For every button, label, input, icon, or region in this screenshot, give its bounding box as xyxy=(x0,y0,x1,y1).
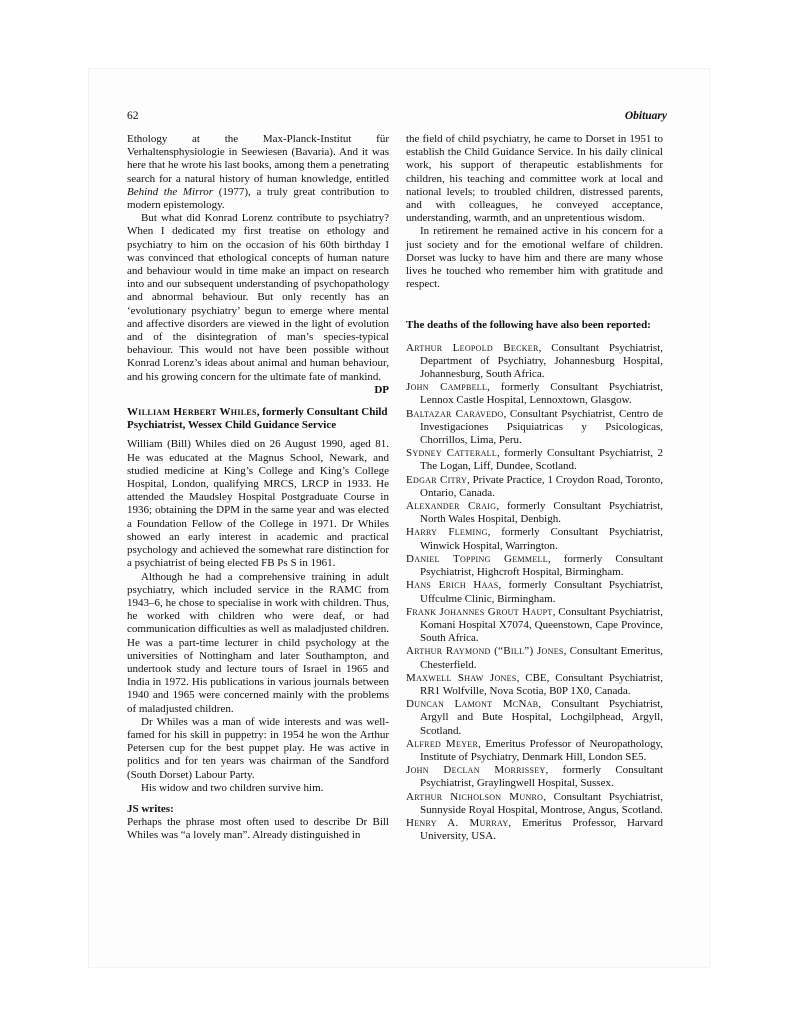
death-entry: Harry Fleming, formerly Consultant Psych… xyxy=(406,526,663,552)
death-entry: Baltazar Caravedo, Consultant Psychiatri… xyxy=(406,408,663,448)
whiles-paragraph-1: William (Bill) Whiles died on 26 August … xyxy=(127,438,389,570)
death-entry: Arthur Raymond (“Bill”) Jones, Consultan… xyxy=(406,645,663,671)
death-entry: Sydney Catterall, formerly Consultant Ps… xyxy=(406,447,663,473)
two-column-text: Ethology at the Max-Planck-Institut für … xyxy=(127,133,667,843)
lorenz-paragraph-2: But what did Konrad Lorenz contribute to… xyxy=(127,212,389,384)
page-header: 62 Obituary xyxy=(127,110,667,123)
js-writes-heading: JS writes: xyxy=(127,803,389,816)
running-head: Obituary xyxy=(625,110,667,123)
death-entry: Alexander Craig, formerly Consultant Psy… xyxy=(406,500,663,526)
js-paragraph-start: Perhaps the phrase most often used to de… xyxy=(127,816,389,842)
deceased-name: Harry Fleming xyxy=(406,526,488,538)
lorenz-paragraph-1-text: Ethology at the Max-Planck-Institut für … xyxy=(127,133,389,185)
whiles-obituary-heading: William Herbert Whiles, formerly Consult… xyxy=(127,406,389,432)
author-initials: DP xyxy=(127,384,389,397)
death-entry: Duncan Lamont McNab, Consultant Psychiat… xyxy=(406,698,663,738)
deceased-name-heading: William Herbert Whiles xyxy=(127,406,257,418)
deceased-name: Arthur Leopold Becker xyxy=(406,342,539,354)
deceased-name: Daniel Topping Gemmell xyxy=(406,553,548,565)
death-entry: Henry A. Murray, Emeritus Professor, Har… xyxy=(406,817,663,843)
death-entry: Arthur Nicholson Munro, Consultant Psych… xyxy=(406,791,663,817)
deceased-name: Edgar Citry xyxy=(406,474,467,486)
death-entry: Alfred Meyer, Emeritus Professor of Neur… xyxy=(406,738,663,764)
deceased-name: Duncan Lamont McNab xyxy=(406,698,538,710)
right-column: the field of child psychiatry, he came t… xyxy=(406,133,663,843)
deceased-name: Sydney Catterall xyxy=(406,447,497,459)
whiles-paragraph-2: Although he had a comprehensive training… xyxy=(127,571,389,716)
js-paragraph-continued: the field of child psychiatry, he came t… xyxy=(406,133,663,225)
deceased-name: Arthur Nicholson Munro xyxy=(406,791,543,803)
death-entry: John Declan Morrissey, formerly Consulta… xyxy=(406,764,663,790)
death-entry: Frank Johannes Grout Haupt, Consultant P… xyxy=(406,606,663,646)
deceased-name: Hans Erich Haas xyxy=(406,579,499,591)
scanned-journal-page: 62 Obituary Ethology at the Max-Planck-I… xyxy=(88,68,710,968)
whiles-paragraph-3: Dr Whiles was a man of wide interests an… xyxy=(127,716,389,782)
deceased-name: Alexander Craig xyxy=(406,500,496,512)
deceased-name: Frank Johannes Grout Haupt xyxy=(406,606,553,618)
book-title-italic: Behind the Mirror xyxy=(127,186,213,198)
death-entry: John Campbell, formerly Consultant Psych… xyxy=(406,381,663,407)
lorenz-paragraph-1: Ethology at the Max-Planck-Institut für … xyxy=(127,133,389,212)
deceased-name: Maxwell Shaw Jones xyxy=(406,672,517,684)
deceased-name: Henry A. Murray xyxy=(406,817,508,829)
deaths-list: Arthur Leopold Becker, Consultant Psychi… xyxy=(406,342,663,844)
death-entry: Arthur Leopold Becker, Consultant Psychi… xyxy=(406,342,663,382)
death-entry: Hans Erich Haas, formerly Consultant Psy… xyxy=(406,579,663,605)
whiles-paragraph-4: His widow and two children survive him. xyxy=(127,782,389,795)
page-number: 62 xyxy=(127,110,139,123)
deceased-name: John Declan Morrissey xyxy=(406,764,546,776)
deceased-name: Baltazar Caravedo xyxy=(406,408,503,420)
death-entry: Daniel Topping Gemmell, formerly Consult… xyxy=(406,553,663,579)
death-entry: Edgar Citry, Private Practice, 1 Croydon… xyxy=(406,474,663,500)
deaths-reported-heading: The deaths of the following have also be… xyxy=(406,319,663,332)
death-entry: Maxwell Shaw Jones, CBE, Consultant Psyc… xyxy=(406,672,663,698)
deceased-name: Arthur Raymond (“Bill”) Jones xyxy=(406,645,564,657)
deceased-name: John Campbell xyxy=(406,381,487,393)
left-column: Ethology at the Max-Planck-Institut für … xyxy=(127,133,389,843)
js-paragraph-2: In retirement he remained active in his … xyxy=(406,225,663,291)
deceased-name: Alfred Meyer xyxy=(406,738,478,750)
